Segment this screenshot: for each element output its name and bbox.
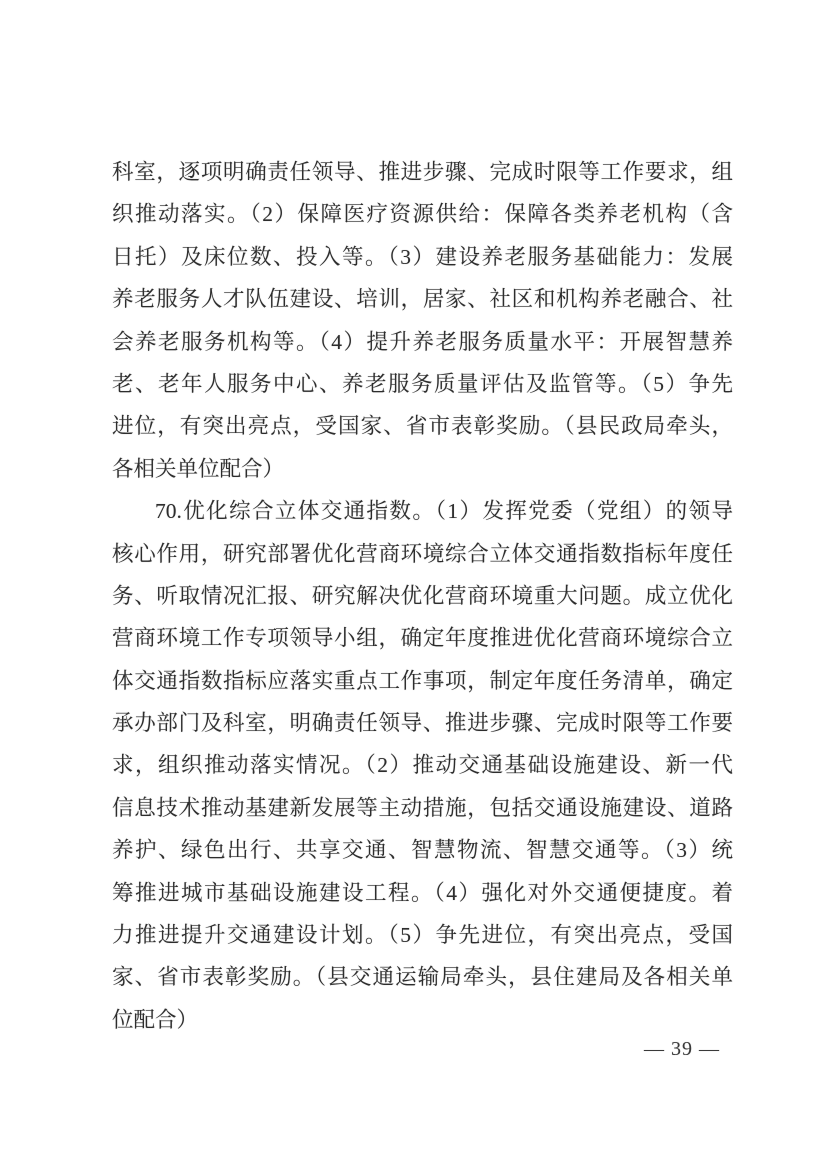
text-line: 70.优化综合立体交通指数。（1）发挥党委（党组）的领导: [112, 490, 733, 532]
text-line: 进位，有突出亮点，受国家、省市表彰奖励。（县民政局牵头，: [112, 405, 733, 447]
text-line: 日托）及床位数、投入等。（3）建设养老服务基础能力：发展: [112, 236, 733, 278]
text-line: 务、听取情况汇报、研究解决优化营商环境重大问题。成立优化: [112, 575, 733, 617]
text-line: 科室，逐项明确责任领导、推进步骤、完成时限等工作要求，组: [112, 151, 733, 193]
text-line: 承办部门及科室，明确责任领导、推进步骤、完成时限等工作要: [112, 702, 733, 744]
text-line: 筹推进城市基础设施建设工程。（4）强化对外交通便捷度。着: [112, 872, 733, 914]
text-line: 核心作用，研究部署优化营商环境综合立体交通指数指标年度任: [112, 533, 733, 575]
text-line: 力推进提升交通建设计划。（5）争先进位，有突出亮点，受国: [112, 914, 733, 956]
text-line: 位配合）: [112, 999, 733, 1041]
text-line: 家、省市表彰奖励。（县交通运输局牵头，县住建局及各相关单: [112, 956, 733, 998]
text-line: 信息技术推动基建新发展等主动措施，包括交通设施建设、道路: [112, 787, 733, 829]
text-line: 营商环境工作专项领导小组，确定年度推进优化营商环境综合立: [112, 617, 733, 659]
paragraph-70: 70.优化综合立体交通指数。（1）发挥党委（党组）的领导 核心作用，研究部署优化…: [112, 490, 733, 1041]
document-text: 科室，逐项明确责任领导、推进步骤、完成时限等工作要求，组 织推动落实。（2）保障…: [112, 151, 733, 1041]
text-line: 会养老服务机构等。（4）提升养老服务质量水平：开展智慧养: [112, 321, 733, 363]
text-line: 求，组织推动落实情况。（2）推动交通基础设施建设、新一代: [112, 744, 733, 786]
text-line: 各相关单位配合）: [112, 448, 733, 490]
text-line: 体交通指数指标应落实重点工作事项，制定年度任务清单，确定: [112, 660, 733, 702]
text-line: 织推动落实。（2）保障医疗资源供给：保障各类养老机构（含: [112, 193, 733, 235]
text-line: 养老服务人才队伍建设、培训，居家、社区和机构养老融合、社: [112, 278, 733, 320]
text-line: 老、老年人服务中心、养老服务质量评估及监管等。（5）争先: [112, 363, 733, 405]
page-number: — 39 —: [644, 1036, 724, 1062]
text-line: 养护、绿色出行、共享交通、智慧物流、智慧交通等。（3）统: [112, 829, 733, 871]
document-page: 科室，逐项明确责任领导、推进步骤、完成时限等工作要求，组 织推动落实。（2）保障…: [0, 0, 828, 1158]
paragraph-69-continuation: 科室，逐项明确责任领导、推进步骤、完成时限等工作要求，组 织推动落实。（2）保障…: [112, 151, 733, 490]
